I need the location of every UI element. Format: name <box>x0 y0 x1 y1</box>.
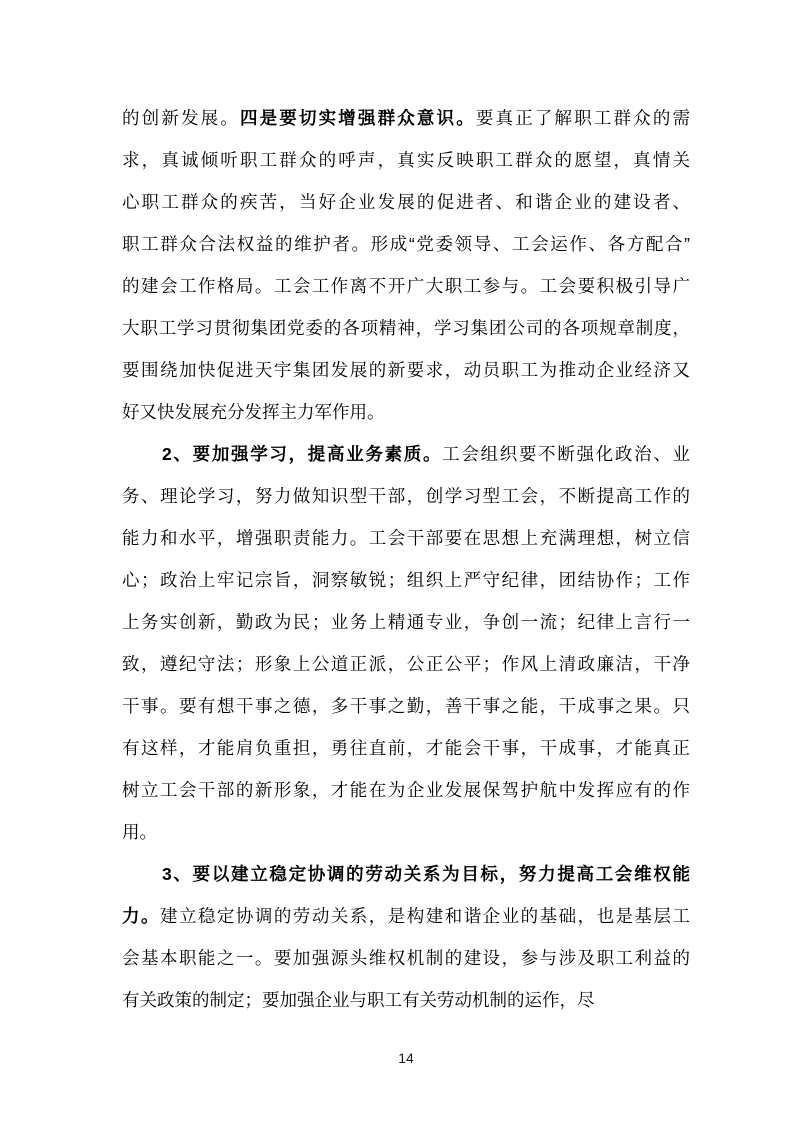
text-segment: 大职工学习贯彻集团党委的各项精神，学习集团公司的各项规章制度， <box>122 318 690 338</box>
text-line: 力。建立稳定协调的劳动关系，是构建和谐企业的基础，也是基层工 <box>122 895 690 937</box>
text-line: 大职工学习贯彻集团党委的各项精神，学习集团公司的各项规章制度， <box>122 307 690 349</box>
document-page: 的创新发展。四是要切实增强群众意识。要真正了解职工群众的需求，真诚倾听职工群众的… <box>0 0 800 1131</box>
text-line: 用。 <box>122 811 690 853</box>
text-segment: 有关政策的制定；要加强企业与职工有关劳动机制的运作，尽 <box>122 990 595 1010</box>
bold-text-segment: 四是要切实增强群众意识。 <box>240 108 476 128</box>
text-line: 致，遵纪守法；形象上公道正派，公正公平；作风上清政廉洁，干净 <box>122 643 690 685</box>
text-line: 职工群众合法权益的维护者。形成“党委领导、工会运作、各方配合” <box>122 223 690 265</box>
page-number: 14 <box>122 1048 690 1068</box>
text-line: 能力和水平，增强职责能力。工会干部要在思想上充满理想，树立信 <box>122 517 690 559</box>
text-segment: 的创新发展。 <box>122 108 240 128</box>
text-line: 的建会工作格局。工会工作离不开广大职工参与。工会要积极引导广 <box>122 265 690 307</box>
bold-text-segment: 力。 <box>122 906 160 926</box>
text-segment: 务、理论学习，努力做知识型干部，创学习型工会，不断提高工作的 <box>122 486 690 506</box>
text-line: 求，真诚倾听职工群众的呼声，真实反映职工群众的愿望，真情关 <box>122 139 690 181</box>
bold-text-segment: 3、要以建立稳定协调的劳动关系为目标，努力提高工会维权能 <box>162 864 690 884</box>
text-line: 有关政策的制定；要加强企业与职工有关劳动机制的运作，尽 <box>122 979 690 1021</box>
text-segment: 建立稳定协调的劳动关系，是构建和谐企业的基础，也是基层工 <box>160 906 690 926</box>
text-segment: 心；政治上牢记宗旨，洞察敏锐；组织上严守纪律，团结协作；工作 <box>122 570 690 590</box>
text-segment: 能力和水平，增强职责能力。工会干部要在思想上充满理想，树立信 <box>122 528 690 548</box>
text-segment: 树立工会干部的新形象，才能在为企业发展保驾护航中发挥应有的作 <box>122 780 690 800</box>
text-line: 的创新发展。四是要切实增强群众意识。要真正了解职工群众的需 <box>122 97 690 139</box>
text-segment: 职工群众合法权益的维护者。形成“党委领导、工会运作、各方配合” <box>122 234 690 254</box>
text-segment: 好又快发展充分发挥主力军作用。 <box>122 402 385 422</box>
text-segment: 用。 <box>122 822 157 842</box>
text-segment: 有这样，才能肩负重担，勇往直前，才能会干事，干成事，才能真正 <box>122 738 690 758</box>
text-line: 心；政治上牢记宗旨，洞察敏锐；组织上严守纪律，团结协作；工作 <box>122 559 690 601</box>
text-line: 好又快发展充分发挥主力军作用。 <box>122 391 690 433</box>
text-segment: 要真正了解职工群众的需 <box>476 108 690 128</box>
text-segment: 会基本职能之一。要加强源头维权机制的建设，参与涉及职工利益的 <box>122 948 690 968</box>
text-line: 要围绕加快促进天宇集团发展的新要求，动员职工为推动企业经济又 <box>122 349 690 391</box>
text-line: 务、理论学习，努力做知识型干部，创学习型工会，不断提高工作的 <box>122 475 690 517</box>
text-segment: 要围绕加快促进天宇集团发展的新要求，动员职工为推动企业经济又 <box>122 360 690 380</box>
text-line: 心职工群众的疾苦，当好企业发展的促进者、和谐企业的建设者、 <box>122 181 690 223</box>
text-segment: 求，真诚倾听职工群众的呼声，真实反映职工群众的愿望，真情关 <box>122 150 690 170</box>
text-line: 有这样，才能肩负重担，勇往直前，才能会干事，干成事，才能真正 <box>122 727 690 769</box>
text-line: 会基本职能之一。要加强源头维权机制的建设，参与涉及职工利益的 <box>122 937 690 979</box>
text-line: 3、要以建立稳定协调的劳动关系为目标，努力提高工会维权能 <box>122 853 690 895</box>
text-line: 干事。要有想干事之德，多干事之勤，善干事之能，干成事之果。只 <box>122 685 690 727</box>
text-segment: 的建会工作格局。工会工作离不开广大职工参与。工会要积极引导广 <box>122 276 690 296</box>
text-line: 2、要加强学习，提高业务素质。工会组织要不断强化政治、业 <box>122 433 690 475</box>
text-segment: 心职工群众的疾苦，当好企业发展的促进者、和谐企业的建设者、 <box>122 192 690 212</box>
text-segment: 致，遵纪守法；形象上公道正派，公正公平；作风上清政廉洁，干净 <box>122 654 690 674</box>
text-segment: 工会组织要不断强化政治、业 <box>442 444 690 464</box>
text-line: 树立工会干部的新形象，才能在为企业发展保驾护航中发挥应有的作 <box>122 769 690 811</box>
text-segment: 干事。要有想干事之德，多干事之勤，善干事之能，干成事之果。只 <box>122 696 690 716</box>
text-line: 上务实创新，勤政为民；业务上精通专业，争创一流；纪律上言行一 <box>122 601 690 643</box>
document-text-block: 的创新发展。四是要切实增强群众意识。要真正了解职工群众的需求，真诚倾听职工群众的… <box>122 97 690 1021</box>
text-segment: 上务实创新，勤政为民；业务上精通专业，争创一流；纪律上言行一 <box>122 612 690 632</box>
bold-text-segment: 2、要加强学习，提高业务素质。 <box>162 444 442 464</box>
